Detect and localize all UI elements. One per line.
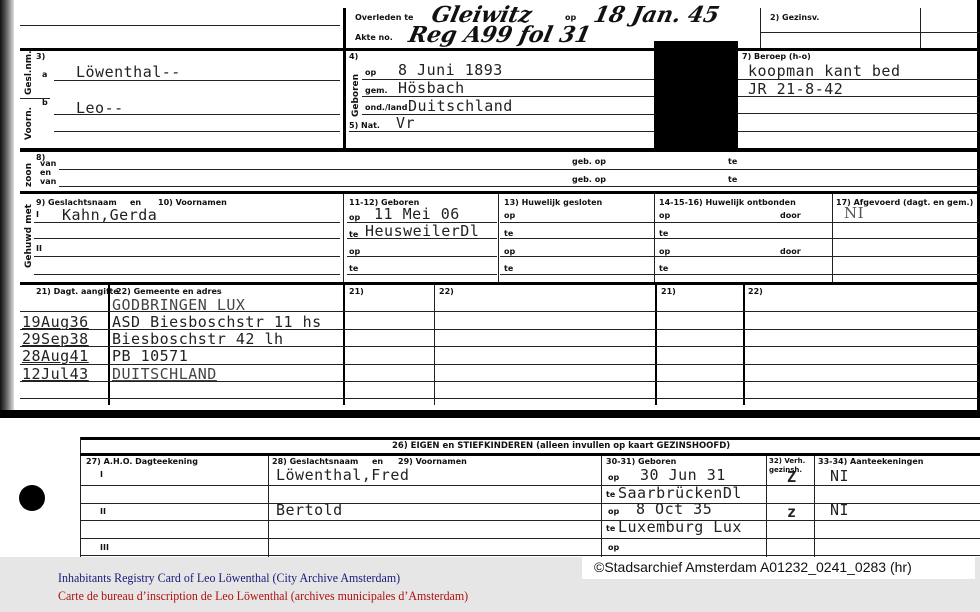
birth-country-value: Duitschland [408,97,513,115]
child-2-verh: z [787,503,797,521]
marriage-closed-op: op [504,211,515,220]
mother-place-label: te [728,175,737,184]
children-aho-header: 27) A.H.O. Dagteekening [86,457,198,466]
divider [20,48,980,51]
underline [80,520,980,521]
child-3-op-label: op [608,543,619,552]
child-1-marker: I [100,470,103,479]
child-1-notes: NI [830,467,849,485]
akte-value: Reg A99 fol 31 [406,22,593,48]
children-en-header: en [372,457,383,466]
child-2-birth-place: Luxemburg Lux [618,518,742,536]
marriage-2-closed-te: te [504,264,513,273]
death-date-label: op [565,13,576,22]
child-1-te-label: te [606,490,615,499]
child-2-birth-date: 8 Oct 35 [636,500,712,518]
removed-value: NI [844,204,864,222]
caption-english: Inhabitants Registry Card of Leo Löwenth… [58,570,400,586]
underline [347,274,497,275]
child-3-marker: III [100,543,109,552]
underline [500,238,980,239]
underline [80,555,980,556]
nationality-value: Vr [396,114,415,132]
child-1-birth-date: 30 Jun 31 [640,466,726,484]
divider [343,285,345,405]
married-side-label: Gehuwd met [24,204,34,268]
surname-side-label: Gesl.nm. [24,50,34,95]
underline [20,398,980,399]
dissolved-te: te [659,229,668,238]
death-place-label: Overleden te [355,13,413,22]
underline [20,381,980,382]
divider [920,8,921,48]
underline [500,222,980,223]
underline [34,256,340,257]
caption-french: Carte de bureau d’inscription de Leo Löw… [58,588,468,604]
dissolved-2-op: op [659,247,670,256]
akte-label: Akte no. [355,33,393,42]
child-2-name: Bertold [276,501,343,519]
divider [434,285,435,405]
child-2-notes: NI [830,501,849,519]
spouse-firstname-header: 10) Voornamen [158,198,227,207]
child-2-marker: II [100,507,106,516]
spouse-1-birth-date: 11 Mei 06 [374,205,460,223]
children-firstname-header: 29) Voornamen [398,457,467,466]
underline [80,538,980,539]
divider [20,282,980,285]
underline [738,131,980,132]
address-date-header: 21) Dagt. aangifte [36,287,119,296]
underline [34,238,340,239]
divider [601,456,602,558]
divider [654,194,655,282]
child-1-name: Löwenthal,Fred [276,466,409,484]
occupation-line1: koopman kant bed [748,62,901,80]
address-row-3: PB 10571 [112,347,188,365]
address-header: 22) Gemeente en adres [116,287,222,296]
mother-birth-label: geb. op [572,175,606,184]
divider [343,8,346,148]
child-2-te-label: te [606,524,615,533]
address-col22-b: 22) [439,287,454,296]
divider [20,191,980,194]
underline [347,256,497,257]
marriage-dissolved-header: 14-15-16) Huwelijk ontbonden [659,198,796,207]
address-date-3: 28Aug41 [22,347,89,365]
divider [760,8,761,48]
dissolved-op: op [659,211,670,220]
spouse-born-op: op [349,213,360,222]
underline [500,274,980,275]
divider [498,194,499,282]
underline [34,274,340,275]
card-gap [0,410,980,418]
caption-bar: Inhabitants Registry Card of Leo Löwenth… [0,557,980,612]
firstname-side-label: Voorn. [24,107,34,140]
spouse-row-marker-1: I [36,210,39,219]
divider [20,148,980,152]
redaction-block [654,41,738,149]
underline [59,186,980,187]
divider [20,25,340,26]
underline [738,96,980,97]
underline [349,131,654,132]
divider [80,453,980,456]
underline [54,114,340,115]
spouse-2-born-te: te [349,264,358,273]
divider [343,194,344,282]
and-label: en [40,168,51,177]
underline [80,485,980,486]
birth-date-label: op [365,68,376,77]
copyright-notice: ©Stadsarchief Amsterdam A01232_0241_0283… [582,557,975,579]
divider [814,456,815,558]
underline [54,80,340,81]
spouse-2-born-op: op [349,247,360,256]
divider [832,194,833,282]
birth-side-label: Geboren [351,74,361,117]
father-label: van [40,159,56,168]
birth-date-value: 8 Juni 1893 [398,61,503,79]
children-notes-header: 33-34) Aanteekeningen [818,457,924,466]
father-place-label: te [728,157,737,166]
children-born-header: 30-31) Geboren [606,457,676,466]
children-surname-header: 28) Geslachtsnaam [272,457,358,466]
occupation-label: 7) Beroep (h-o) [742,52,811,61]
divider [108,285,110,405]
spouse-row-marker-2: II [36,244,42,253]
dissolved-2-te: te [659,264,668,273]
death-date-value: 18 Jan. 45 [591,2,721,28]
underline [500,256,980,257]
underline [20,311,980,312]
underline [347,238,497,239]
address-col21-b: 21) [349,287,364,296]
surname-value: Löwenthal-- [76,63,181,81]
mother-label: van [40,177,56,186]
marriage-2-closed-op: op [504,247,515,256]
child-2-op-label: op [608,507,619,516]
name-field-number: 3) [36,52,45,61]
address-col22-c: 22) [748,287,763,296]
parents-side-label: zoon [24,163,34,187]
firstname-marker: b [42,98,48,107]
father-birth-label: geb. op [572,157,606,166]
divider [743,285,745,405]
birth-field-number: 4) [349,52,358,61]
birth-municipality-label: gem. [365,86,388,95]
divider [760,32,980,33]
dissolved-2-door: door [780,247,801,256]
punch-hole [19,485,45,511]
dissolved-door: door [780,211,801,220]
divider [766,456,767,558]
underline [738,113,980,114]
card-scan-edge [0,0,14,410]
child-1-verh: Z [787,468,797,486]
underline [34,222,340,223]
birth-country-label: ond./land [365,103,407,112]
registry-card-front: Overleden te Gleiwitz op 18 Jan. 45 Akte… [0,0,980,410]
divider [268,456,269,558]
card-form: Overleden te Gleiwitz op 18 Jan. 45 Akte… [14,0,980,410]
underline [54,131,340,132]
divider [655,285,657,405]
address-col21-c: 21) [661,287,676,296]
gezinsv-label: 2) Gezinsv. [770,13,819,22]
surname-marker: a [42,70,47,79]
marriage-closed-te: te [504,229,513,238]
nationality-label: 5) Nat. [349,121,380,130]
underline [59,169,980,170]
children-section-title: 26) EIGEN en STIEFKINDEREN (alleen invul… [392,441,730,451]
divider [80,437,980,440]
registry-card-back: 26) EIGEN en STIEFKINDEREN (alleen invul… [0,410,980,558]
child-1-op-label: op [608,473,619,482]
marriage-closed-header: 13) Huwelijk gesloten [504,198,602,207]
birth-municipality-value: Hösbach [398,79,465,97]
